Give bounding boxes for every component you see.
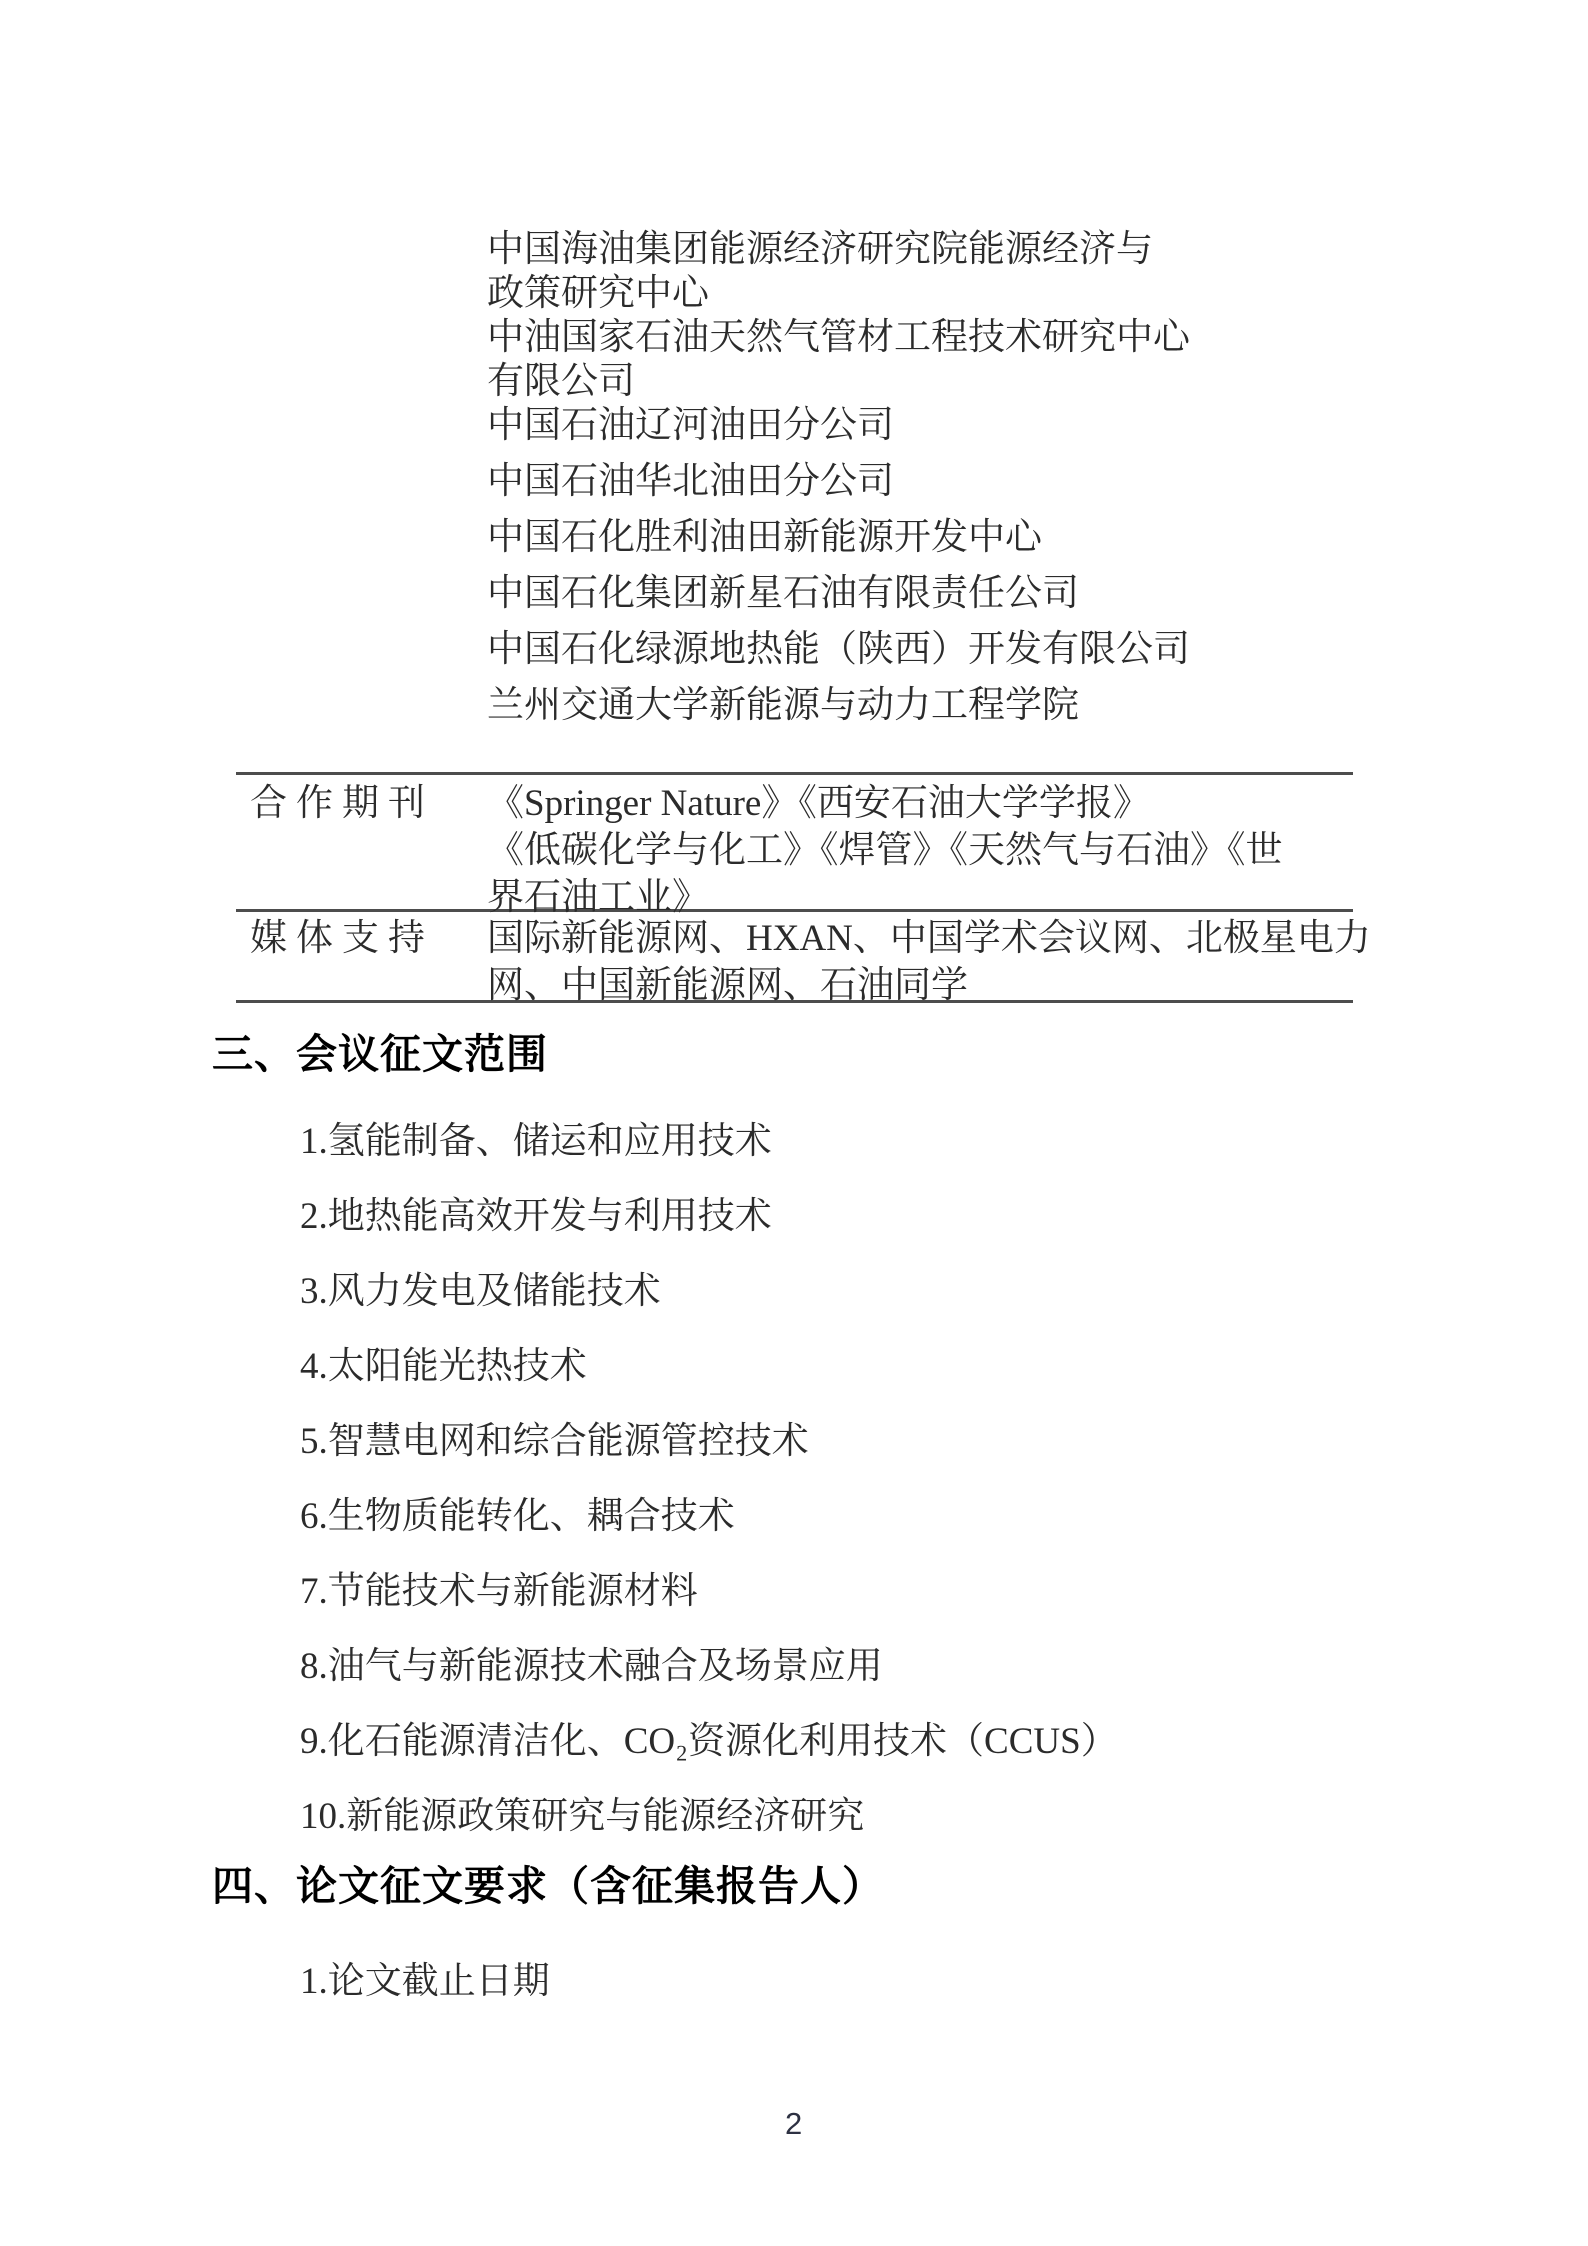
partner-org-line: 中国石化胜利油田新能源开发中心 — [487, 519, 1042, 556]
table-rule-middle — [236, 909, 1353, 912]
journal-row-line: 《低碳化学与化工》《焊管》《天然气与石油》《世 — [487, 832, 1283, 869]
scope-item-10: 10.新能源政策研究与能源经济研究 — [300, 1798, 864, 1835]
scope-item-7: 7.节能技术与新能源材料 — [300, 1573, 698, 1610]
partner-org-line: 政策研究中心 — [487, 275, 709, 312]
partner-org-line: 中油国家石油天然气管材工程技术研究中心 — [487, 319, 1190, 356]
media-row-label: 媒体支持 — [250, 920, 434, 957]
partner-org-line: 兰州交通大学新能源与动力工程学院 — [487, 687, 1079, 724]
partner-org-line: 中国海油集团能源经济研究院能源经济与 — [487, 231, 1153, 268]
scope-item-2: 2.地热能高效开发与利用技术 — [300, 1198, 772, 1235]
section-heading-scope: 三、会议征文范围 — [212, 1034, 548, 1075]
partner-org-line: 有限公司 — [487, 363, 635, 400]
partner-org-line: 中国石油华北油田分公司 — [487, 463, 894, 500]
scope-item-9: 9.化石能源清洁化、CO₂资源化利用技术（CCUS） — [300, 1723, 1118, 1760]
media-row-line: 网、中国新能源网、石油同学 — [487, 967, 968, 1004]
journal-row-line: 界石油工业》 — [487, 879, 709, 916]
partner-org-line: 中国石化集团新星石油有限责任公司 — [487, 575, 1079, 612]
scope-item-4: 4.太阳能光热技术 — [300, 1348, 587, 1385]
media-row-line: 国际新能源网、HXAN、中国学术会议网、北极星电力 — [487, 920, 1371, 957]
requirement-item-1: 1.论文截止日期 — [300, 1963, 550, 2000]
journal-row-line: 《Springer Nature》《西安石油大学学报》 — [487, 785, 1150, 822]
scope-item-8: 8.油气与新能源技术融合及场景应用 — [300, 1648, 883, 1685]
document-page: 中国海油集团能源经济研究院能源经济与 政策研究中心 中油国家石油天然气管材工程技… — [0, 0, 1588, 2246]
table-rule-top — [236, 772, 1353, 775]
section-heading-requirements: 四、论文征文要求（含征集报告人） — [212, 1866, 884, 1907]
partner-org-line: 中国石化绿源地热能（陕西）开发有限公司 — [487, 631, 1190, 668]
scope-item-3: 3.风力发电及储能技术 — [300, 1273, 661, 1310]
scope-item-1: 1.氢能制备、储运和应用技术 — [300, 1123, 772, 1160]
scope-item-5: 5.智慧电网和综合能源管控技术 — [300, 1423, 809, 1460]
journal-row-label: 合作期刊 — [250, 785, 434, 822]
page-number: 2 — [785, 2108, 802, 2139]
scope-item-6: 6.生物质能转化、耦合技术 — [300, 1498, 735, 1535]
partner-org-line: 中国石油辽河油田分公司 — [487, 407, 894, 444]
